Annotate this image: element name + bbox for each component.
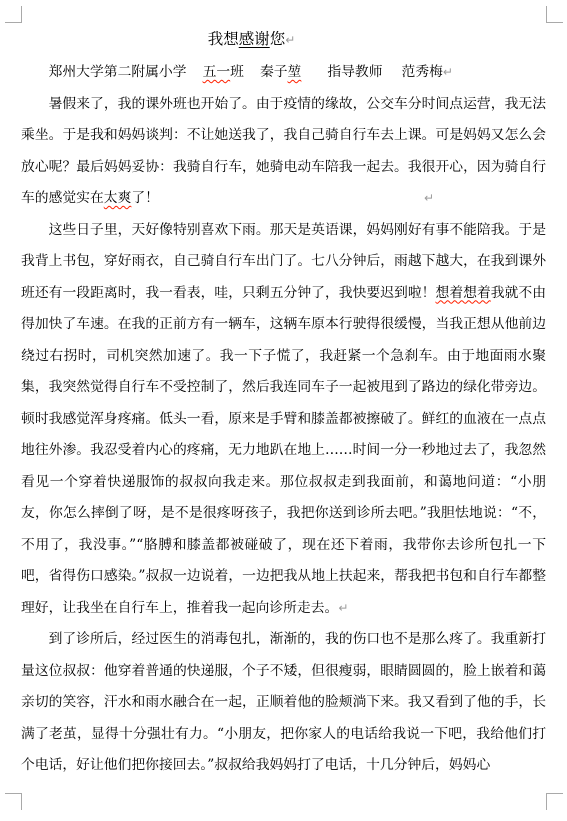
byline-class-misspelled: 五一 — [203, 64, 231, 80]
paragraph-2-text-end: 我就不由得加快了车速。在我的正前方有一辆车，这辆车原本行驶得很缓慢，当我正想从他… — [21, 285, 546, 616]
paragraph-mark-icon: ↵ — [424, 183, 434, 215]
byline-teacher-name: 范秀梅 — [402, 64, 443, 80]
paragraph-mark-icon: ↵ — [338, 601, 348, 615]
paragraph-3: 到了诊所后，经过医生的消毒包扎，渐渐的，我的伤口也不是那么疼了。我重新打量这位叔… — [21, 624, 546, 782]
byline-author-misspelled: 堃 — [288, 64, 302, 80]
text-boundary-mark-bottom-right — [546, 793, 563, 810]
paragraph-1: 暑假来了，我的课外班也开始了。由于疫情的缘故，公交车分时间点运营，我无法乘坐。于… — [21, 89, 546, 215]
byline: 郑州大学第二附属小学五一班秦子堃指导教师范秀梅↵ — [21, 57, 546, 89]
byline-author-pre: 秦子 — [260, 64, 288, 80]
paragraph-mark-icon: ↵ — [285, 33, 295, 47]
byline-class: 五一班 — [203, 64, 260, 80]
title-underlined-text: 感谢 — [239, 30, 270, 48]
byline-school: 郑州大学第二附属小学 — [49, 64, 187, 80]
byline-class-rest: 班 — [230, 64, 244, 80]
paragraph-1-text: 暑假来了，我的课外班也开始了。由于疫情的缘故，公交车分时间点运营，我无法乘坐。于… — [21, 96, 546, 207]
byline-teacher-label: 指导教师 — [327, 64, 382, 80]
title-text-post: 您 — [270, 30, 286, 48]
paragraph-2: 这些日子里，天好像特别喜欢下雨。那天是英语课，妈妈刚好有事不能陪我。于是我背上书… — [21, 215, 546, 625]
paragraph-2-misspelled: 想着想着 — [436, 285, 491, 301]
byline-author: 秦子堃 — [260, 64, 327, 80]
text-boundary-mark-top-left — [5, 6, 22, 23]
paragraph-mark-icon: ↵ — [443, 65, 453, 79]
text-boundary-mark-top-right — [546, 6, 563, 23]
title-text-pre: 我想 — [208, 30, 239, 48]
document-page: 我想感谢您↵ 郑州大学第二附属小学五一班秦子堃指导教师范秀梅↵ 暑假来了，我的课… — [0, 0, 567, 821]
page-title: 我想感谢您↵ — [21, 22, 546, 57]
paragraph-1-misspelled: 太爽 — [104, 190, 132, 206]
paragraph-3-text: 到了诊所后，经过医生的消毒包扎，渐渐的，我的伤口也不是那么疼了。我重新打量这位叔… — [21, 631, 546, 773]
paragraph-1-text-end: 了！ — [131, 190, 159, 206]
text-boundary-mark-bottom-left — [5, 793, 22, 810]
document-text-area[interactable]: 我想感谢您↵ 郑州大学第二附属小学五一班秦子堃指导教师范秀梅↵ 暑假来了，我的课… — [21, 22, 546, 782]
